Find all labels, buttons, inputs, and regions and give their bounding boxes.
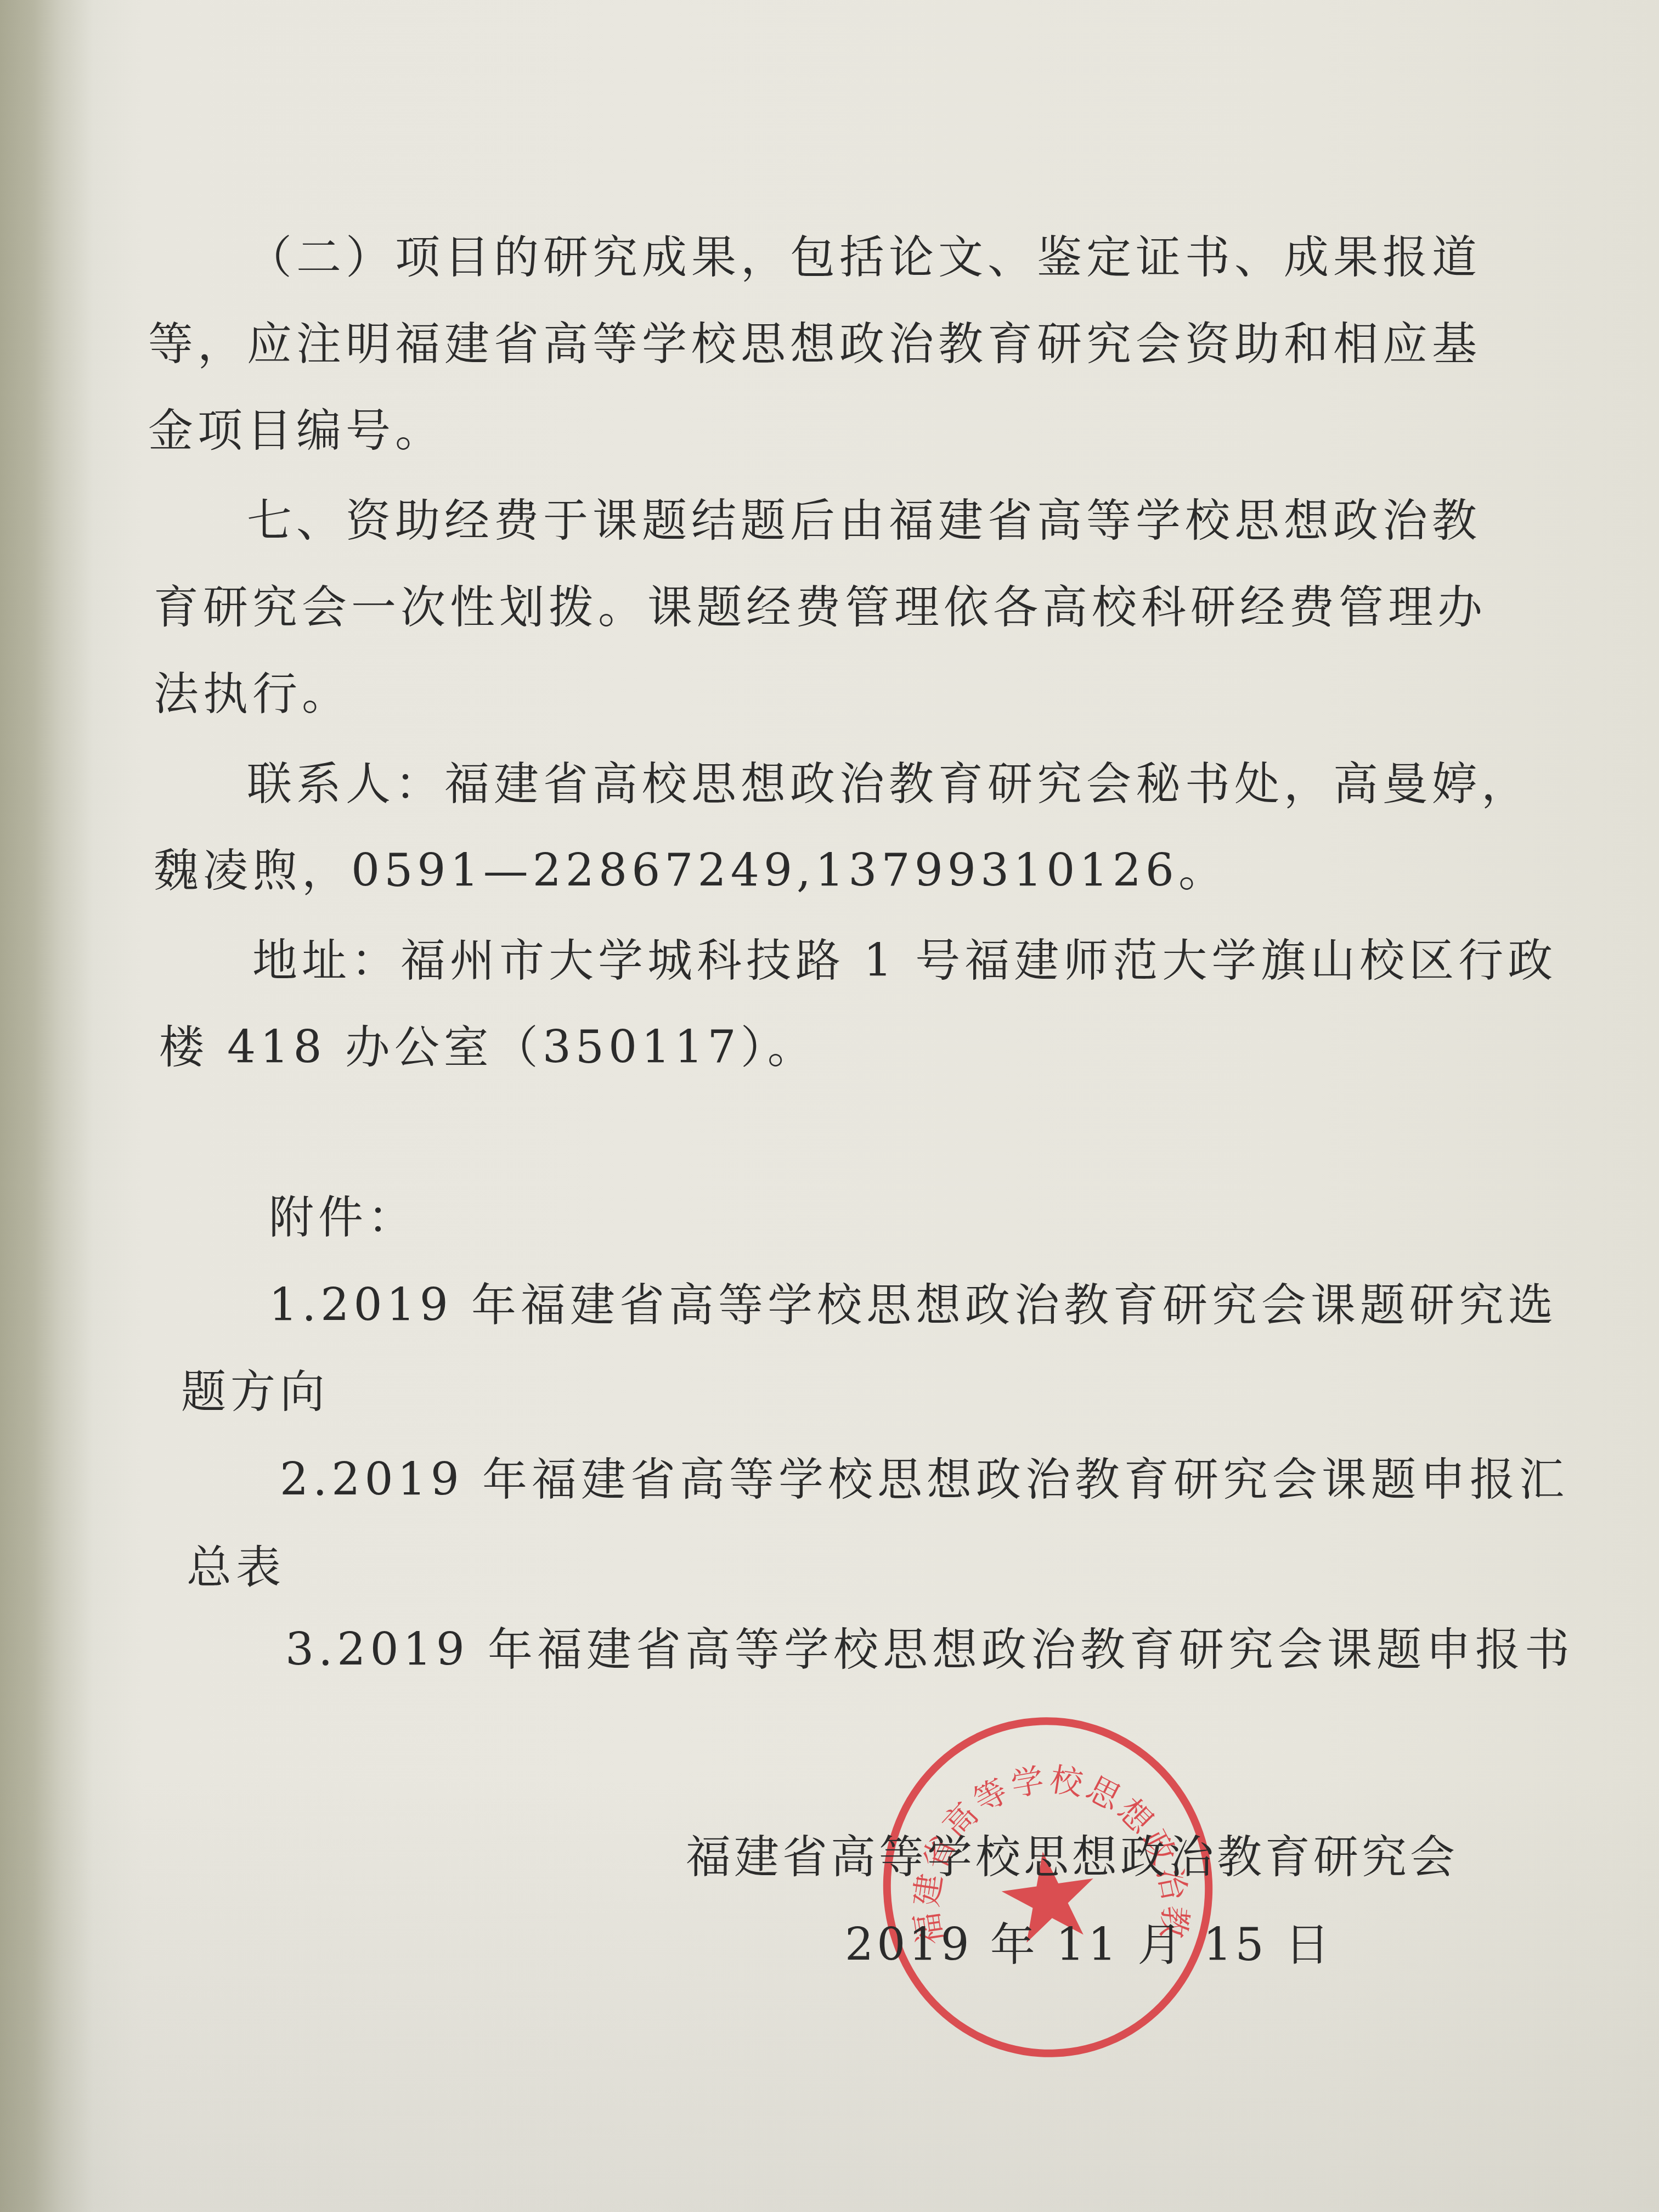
paragraph-address-line-2: 楼 418 办公室（350117）。	[159, 1020, 817, 1075]
attachment-item-2-line-1: 2.2019 年福建省高等学校思想政治教育研究会课题申报汇	[280, 1453, 1568, 1508]
paragraph-funding-line-3: 法执行。	[154, 667, 351, 722]
paragraph-results-line-2: 等，应注明福建省高等学校思想政治教育研究会资助和相应基	[148, 317, 1481, 372]
paragraph-results-line-3: 金项目编号。	[148, 404, 444, 459]
paragraph-contact-line-2: 魏凌煦，0591—22867249,13799310126。	[154, 844, 1228, 899]
paragraph-contact-line-1: 联系人：福建省高校思想政治教育研究会秘书处，高曼婷，	[247, 757, 1531, 812]
paragraph-funding-line-2: 育研究会一次性划拨。课题经费管理依各高校科研经费管理办	[154, 580, 1487, 635]
paragraph-results-line-1: （二）项目的研究成果，包括论文、鉴定证书、成果报道	[247, 230, 1481, 285]
attachments-heading: 附件：	[269, 1190, 417, 1245]
paragraph-funding-line-1: 七、资助经费于课题结题后由福建省高等学校思想政治教	[247, 494, 1481, 549]
attachment-item-2-line-2: 总表	[187, 1541, 285, 1595]
attachment-item-1-line-1: 1.2019 年福建省高等学校思想政治教育研究会课题研究选	[269, 1278, 1558, 1333]
official-seal: 福建省高等学校思想政治教育研究会 ★	[861, 1696, 1234, 2078]
signature-date: 2019 年 11 月 15 日	[845, 1909, 1333, 1973]
attachment-item-1-line-2: 题方向	[181, 1365, 329, 1420]
attachment-item-3-line-1: 3.2019 年福建省高等学校思想政治教育研究会课题申报书	[285, 1623, 1574, 1678]
signature-organization: 福建省高等学校思想政治教育研究会	[686, 1821, 1458, 1886]
paragraph-address-line-1: 地址：福州市大学城科技路 1 号福建师范大学旗山校区行政	[252, 934, 1557, 989]
